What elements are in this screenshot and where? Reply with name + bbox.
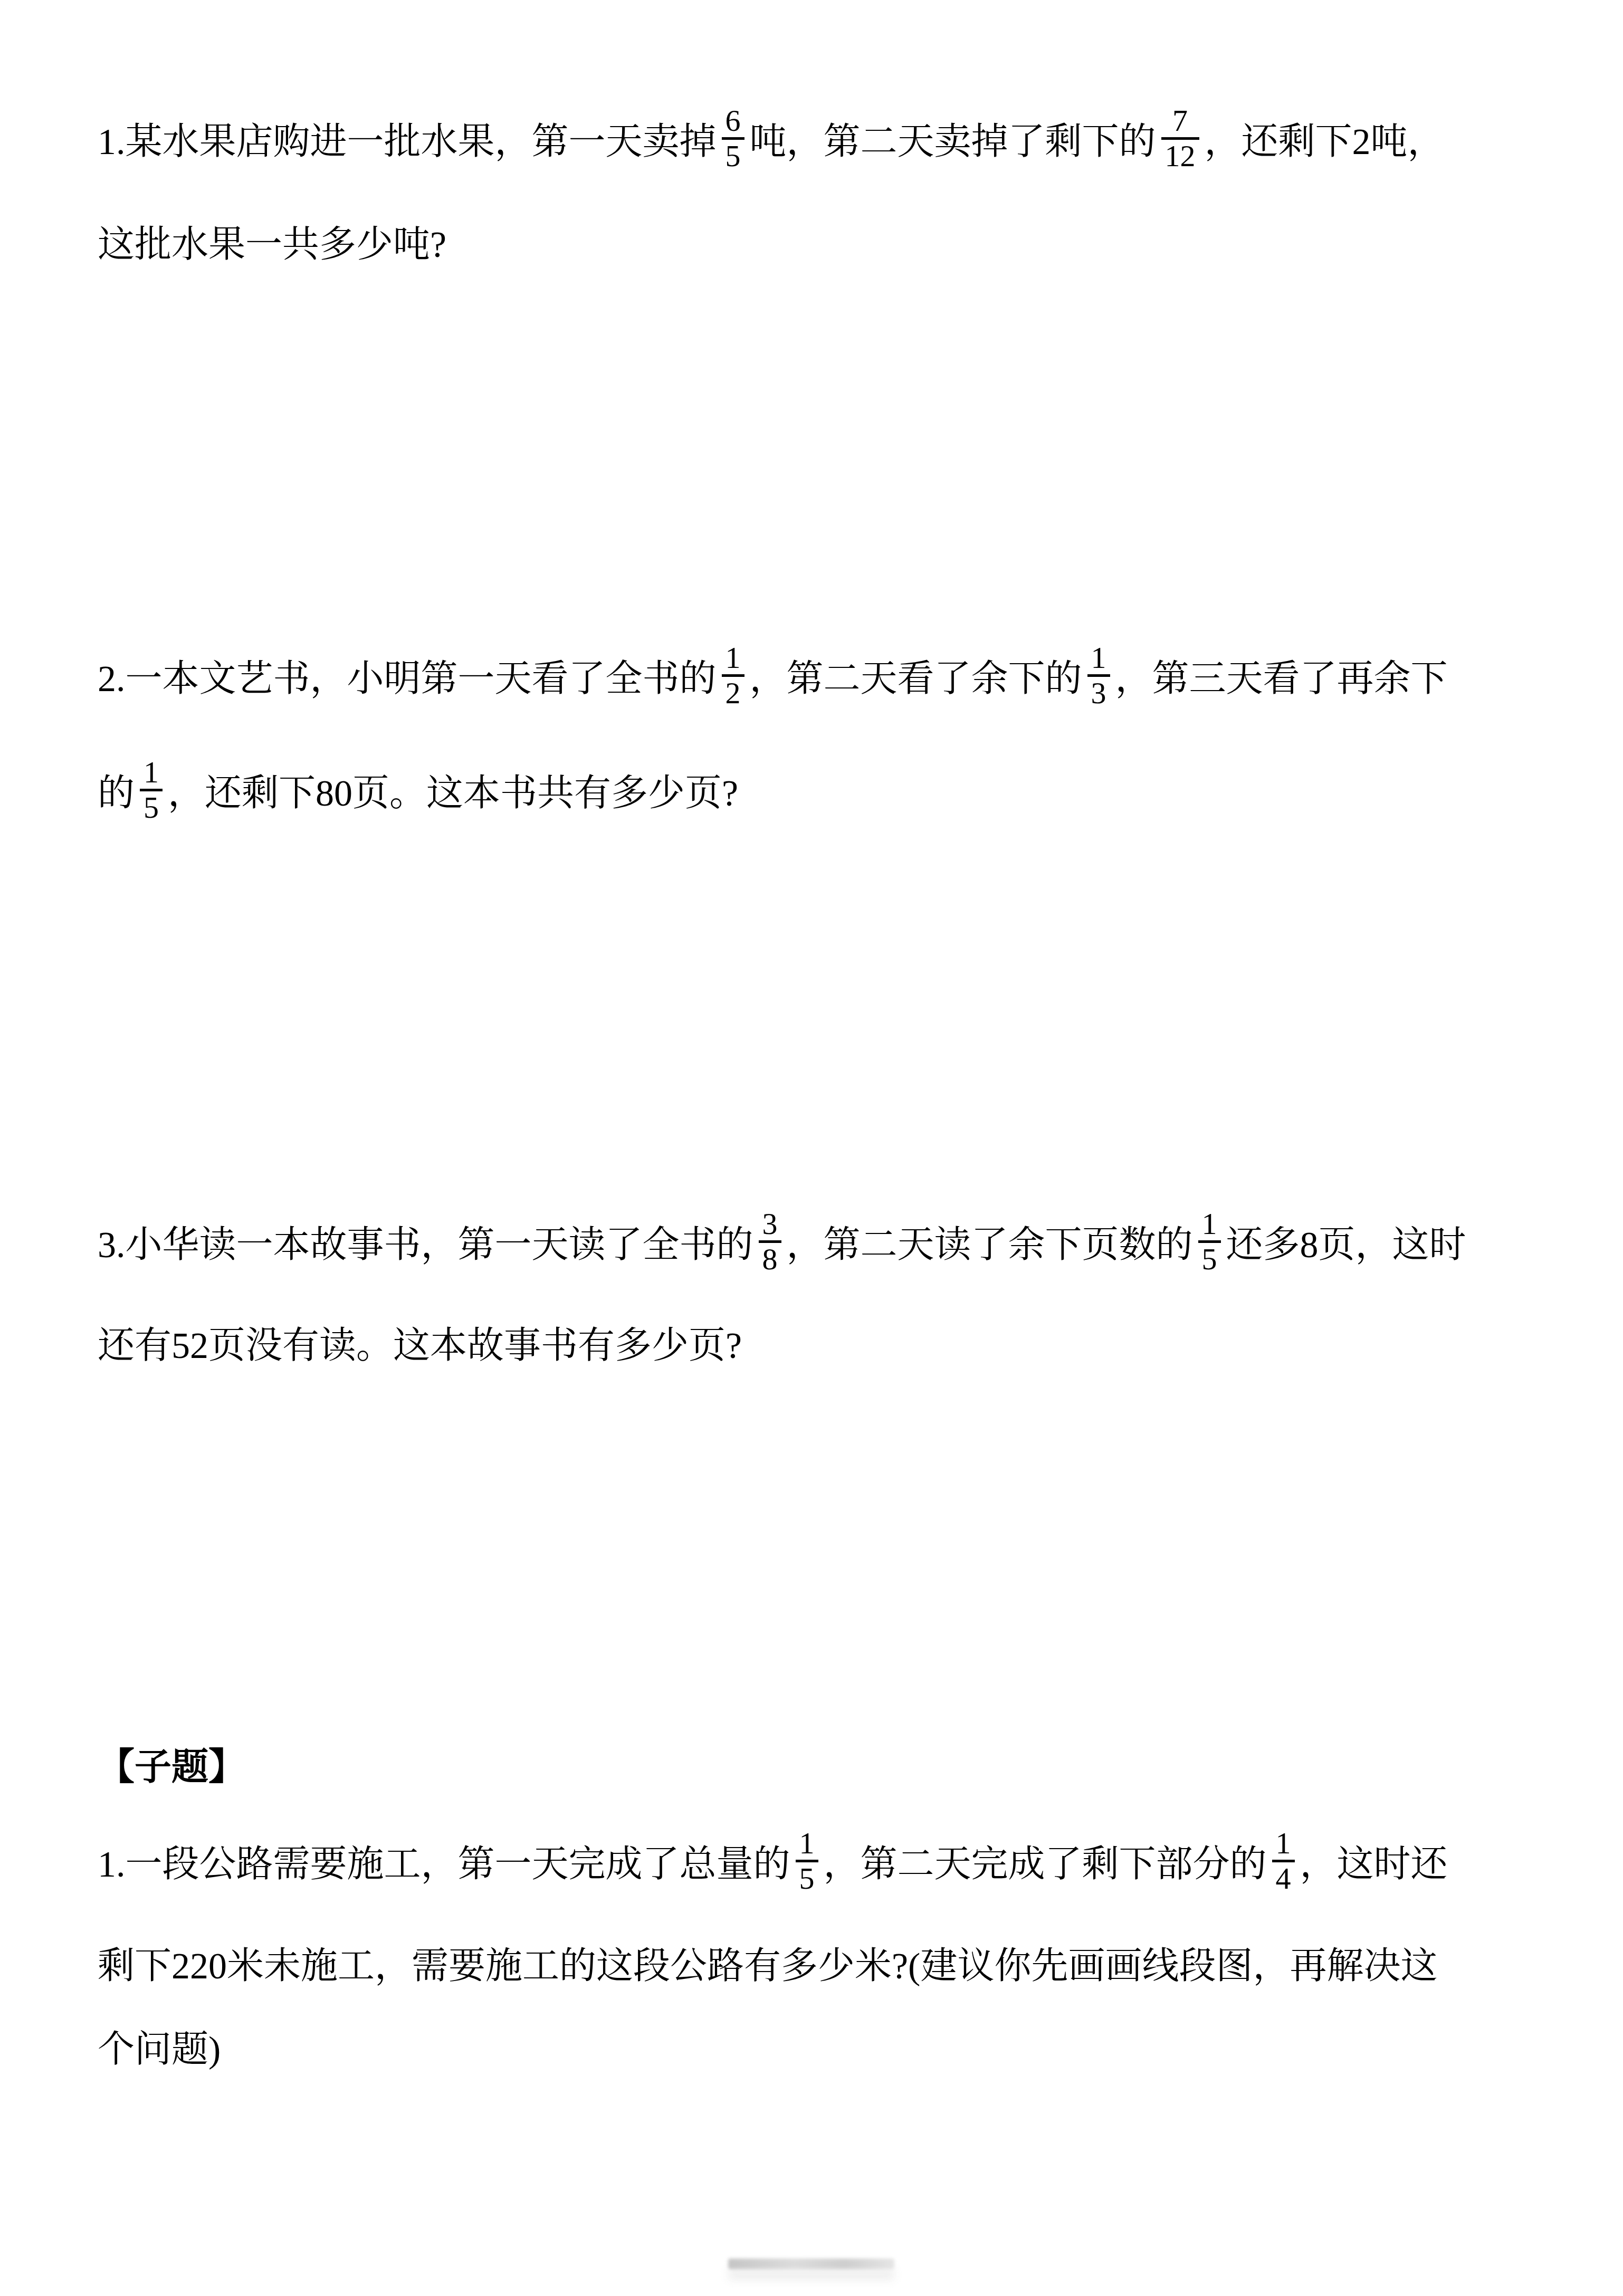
fraction-denominator: 12 (1161, 140, 1199, 172)
watermark-smudge (728, 2259, 894, 2269)
fraction-numerator: 7 (1169, 104, 1191, 137)
problem-3-text: ，第二天读了余下页数的 (787, 1215, 1193, 1268)
fraction-denominator: 8 (759, 1243, 781, 1275)
problem-3-text: 还多8页，这时 (1226, 1215, 1466, 1268)
fraction-numerator: 1 (1087, 642, 1110, 674)
problem-2-question: ，还剩下80页。这本书共有多少页? (168, 763, 738, 817)
fraction-denominator: 2 (722, 677, 744, 709)
fraction-denominator: 4 (1272, 1862, 1295, 1895)
problem-1-line-2: 这批水果一共多少吨? (98, 202, 446, 281)
sub-problem-1-line-2: 剩下220米未施工，需要施工的这段公路有多少米?(建议你先画画线段图，再解决这 (98, 1923, 1437, 2002)
fraction-1-4: 1 4 (1272, 1827, 1295, 1895)
fraction-numerator: 6 (722, 104, 744, 137)
fraction-7-12: 7 12 (1161, 104, 1199, 172)
problem-3-line-2: 还有52页没有读。这本故事书有多少页? (98, 1303, 742, 1382)
fraction-1-5: 1 5 (1198, 1208, 1221, 1275)
sub-problem-1-text: ，第二天完成了剩下部分的 (824, 1834, 1267, 1888)
problem-3-line-1: 3.小华读一本故事书，第一天读了全书的 3 8 ，第二天读了余下页数的 1 5 … (98, 1202, 1466, 1281)
fraction-denominator: 5 (140, 791, 163, 824)
fraction-1-5: 1 5 (796, 1827, 818, 1895)
sub-problem-1-text: 个问题) (98, 2020, 221, 2073)
problem-1-question: 这批水果一共多少吨? (98, 215, 446, 268)
fraction-denominator: 3 (1087, 677, 1110, 709)
fraction-1-5: 1 5 (140, 756, 163, 824)
section-header-subtopics: 【子题】 (98, 1724, 245, 1803)
section-header-label: 【子题】 (98, 1737, 245, 1791)
worksheet-page: 1.某水果店购进一批水果，第一天卖掉 6 5 吨，第二天卖掉了剩下的 7 12 … (0, 0, 1623, 2296)
fraction-numerator: 1 (722, 642, 744, 674)
sub-problem-1-line-3: 个问题) (98, 2006, 221, 2085)
problem-3-text: 3.小华读一本故事书，第一天读了全书的 (98, 1215, 753, 1268)
fraction-3-8: 3 8 (759, 1208, 781, 1275)
problem-2-text: 2.一本文艺书，小明第一天看了全书的 (98, 649, 717, 702)
problem-1-text: ，还剩下2吨， (1205, 112, 1445, 165)
problem-2-text: ，第二天看了余下的 (750, 649, 1082, 702)
fraction-numerator: 1 (1272, 1827, 1295, 1859)
fraction-numerator: 1 (796, 1827, 818, 1859)
fraction-1-2: 1 2 (722, 642, 744, 709)
sub-problem-1-text: 1.一段公路需要施工，第一天完成了总量的 (98, 1834, 790, 1888)
sub-problem-1-text: 剩下220米未施工，需要施工的这段公路有多少米?(建议你先画画线段图，再解决这 (98, 1936, 1437, 1989)
problem-3-question: 还有52页没有读。这本故事书有多少页? (98, 1316, 742, 1369)
problem-1-line-1: 1.某水果店购进一批水果，第一天卖掉 6 5 吨，第二天卖掉了剩下的 7 12 … (98, 99, 1445, 178)
fraction-denominator: 5 (1198, 1243, 1221, 1275)
problem-2-line-1: 2.一本文艺书，小明第一天看了全书的 1 2 ，第二天看了余下的 1 3 ，第三… (98, 636, 1448, 715)
fraction-numerator: 1 (140, 756, 163, 788)
sub-problem-1-text: ，这时还 (1300, 1834, 1448, 1888)
fraction-6-5: 6 5 (722, 104, 744, 172)
fraction-1-3: 1 3 (1087, 642, 1110, 709)
problem-2-line-2: 的 1 5 ，还剩下80页。这本书共有多少页? (98, 750, 738, 829)
problem-1-text: 1.某水果店购进一批水果，第一天卖掉 (98, 112, 717, 165)
fraction-numerator: 3 (759, 1208, 781, 1240)
fraction-numerator: 1 (1198, 1208, 1221, 1240)
fraction-denominator: 5 (796, 1862, 818, 1895)
sub-problem-1-line-1: 1.一段公路需要施工，第一天完成了总量的 1 5 ，第二天完成了剩下部分的 1 … (98, 1821, 1448, 1900)
fraction-denominator: 5 (722, 140, 744, 172)
problem-2-text: ，第三天看了再余下 (1115, 649, 1448, 702)
problem-1-text: 吨，第二天卖掉了剩下的 (750, 112, 1156, 165)
problem-2-text: 的 (98, 763, 135, 817)
